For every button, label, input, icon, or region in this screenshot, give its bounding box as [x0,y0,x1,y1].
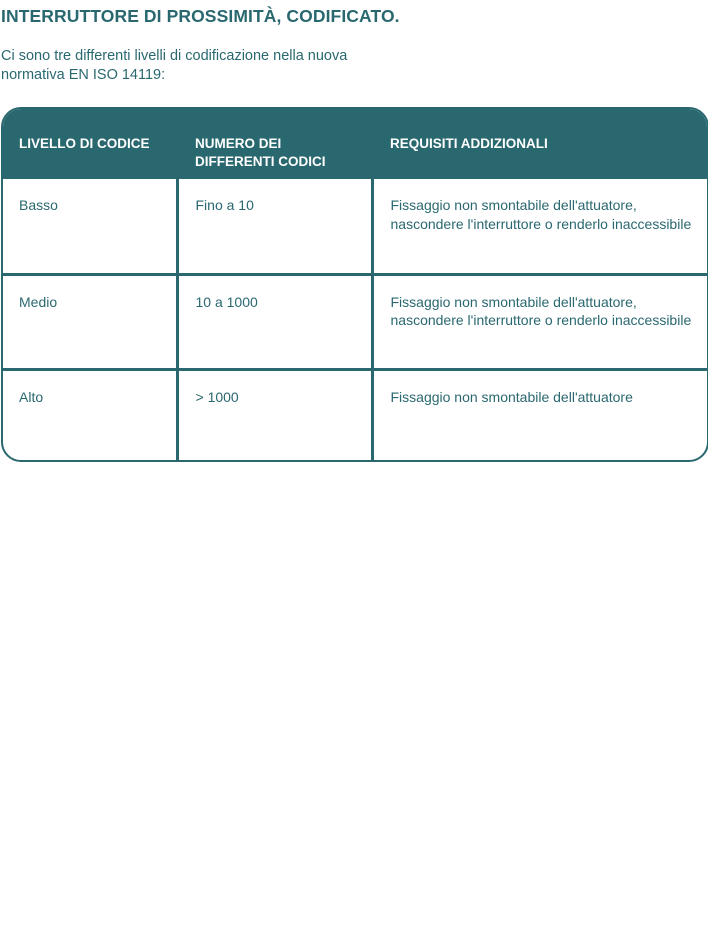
intro-paragraph: Ci sono tre differenti livelli di codifi… [1,47,401,85]
header-number-of-codes: NUMERO DEI DIFFERENTI CODICI [177,109,372,179]
cell-codes: Fino a 10 [177,179,372,274]
table-row: Medio 10 a 1000 Fissaggio non smontabile… [3,274,707,369]
cell-codes: > 1000 [177,369,372,462]
cell-level: Alto [3,369,177,462]
coding-levels-table: LIVELLO DI CODICE NUMERO DEI DIFFERENTI … [1,107,708,462]
cell-level: Basso [3,179,177,274]
table-row: Basso Fino a 10 Fissaggio non smontabile… [3,179,707,274]
header-additional-requirements: REQUISITI ADDIZIONALI [372,109,707,179]
table-header: LIVELLO DI CODICE NUMERO DEI DIFFERENTI … [3,109,707,179]
page-title: INTERRUTTORE DI PROSSIMITÀ, CODIFICATO. [1,6,400,27]
cell-requirements: Fissaggio non smontabile dell'attuatore,… [372,274,707,369]
cell-requirements: Fissaggio non smontabile dell'attuatore,… [372,179,707,274]
cell-requirements: Fissaggio non smontabile dell'attuatore [372,369,707,462]
cell-codes: 10 a 1000 [177,274,372,369]
cell-level: Medio [3,274,177,369]
table-row: Alto > 1000 Fissaggio non smontabile del… [3,369,707,462]
header-code-level: LIVELLO DI CODICE [3,109,177,179]
